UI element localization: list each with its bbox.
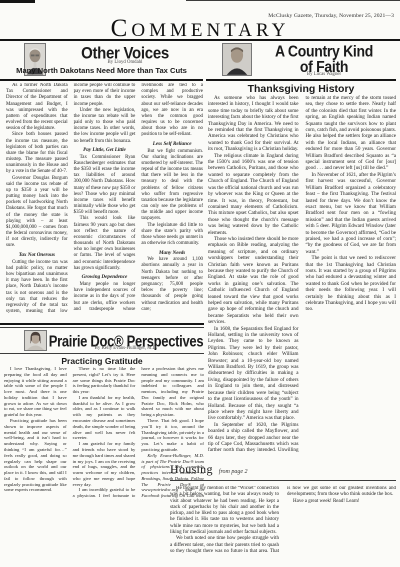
body-paragraph: As a former North Dakota Tax Commissione… (6, 83, 68, 132)
top-left-rule (0, 0, 35, 3)
body-paragraph: I love Thanksgiving. I love preparing th… (4, 366, 67, 418)
body-paragraph: There is no time like the present, right… (73, 366, 136, 395)
rule-under-other-voices (0, 79, 203, 81)
housing-body: He thought my mention of the “Wicset” co… (170, 486, 396, 562)
body-paragraph: Governor Douglas Burgum said the income … (6, 176, 68, 250)
country-faith-byline: By Lucas Wagner (254, 72, 394, 77)
column-subhead: Growing Dependence (74, 274, 136, 280)
prairie-doc-top-rule-thick (0, 323, 204, 325)
body-paragraph: Since both houses passed the income tax … (6, 132, 68, 175)
body-paragraph: In November of 1621, after the Pilgrim’s… (306, 172, 397, 255)
other-voices-header: Other Voices By Lloyd Omdahl Many North … (0, 43, 203, 79)
body-paragraph: Under the new legislation, the income ta… (74, 108, 136, 145)
other-voices-body: As a former North Dakota Tax Commissione… (6, 83, 203, 319)
rule-under-prairie-doc-byline (0, 353, 204, 354)
lucas-wagner-portrait (223, 44, 251, 75)
housing-continued-label: from page 2 (219, 469, 248, 475)
body-paragraph: But we fight communism. Our sharing incl… (141, 149, 203, 223)
newspaper-commentary-page: McClusky Gazette, Thursday, November 25,… (0, 0, 400, 567)
body-paragraph: Practicing gratitude has been shown to i… (4, 418, 67, 493)
prairie-doc-top-rule-thin (0, 327, 204, 328)
rule-under-title (0, 39, 400, 41)
body-paragraph: This would look like fairness 90 years a… (74, 216, 136, 272)
body-paragraph: He thought my mention of the “Wicset” co… (170, 486, 279, 536)
body-paragraph: The religious climate in England during … (208, 153, 299, 236)
kelly-evans-hullinger-photo (24, 330, 47, 351)
body-paragraph: The point is that we need to rediscover … (306, 255, 397, 313)
body-paragraph: There. That felt good. I hope you’ll try… (141, 418, 204, 453)
country-faith-header: A Country Kind of Faith By Lucas Wagner (206, 43, 396, 79)
lucas-wagner-photo (222, 43, 252, 76)
country-faith-title-line1: A Country Kind (254, 43, 394, 59)
prairie-doc-header: Prairie Doc® Perspectives By Kelly Evans… (0, 330, 204, 353)
body-paragraph: In 1608, the Separatists fled England fo… (208, 326, 299, 422)
body-paragraph: The legislature did little to share the … (141, 223, 203, 248)
prairie-doc-byline: By Kelly Evans-Hullinger, M.D. (48, 346, 204, 351)
country-faith-headline: Thanksgiving History (206, 83, 396, 95)
country-faith-body: As someone who has always been intereste… (208, 95, 396, 456)
top-right-rule (186, 0, 400, 1)
page-title-rest: OMMENTARY (131, 20, 289, 41)
other-voices-subhead: Many North Dakotans Need More than Tax C… (0, 66, 203, 75)
housing-jump-header: Housingfrom page 2 (170, 460, 396, 478)
prairie-doc-headline: Practicing Gratitude (0, 356, 204, 366)
rule-under-housing-header (170, 480, 396, 481)
column-subhead: Less Self Reliance (141, 141, 203, 147)
body-paragraph: As someone who has always been intereste… (208, 95, 299, 153)
body-paragraph: Those who insisted there should be more … (208, 236, 299, 326)
column-subhead: Pay Little, Get Little (74, 147, 136, 153)
page-title-initial: C (111, 15, 132, 42)
column-subhead: Many Needs (141, 250, 203, 256)
body-paragraph: I am thankful for my health, thankful to… (73, 395, 136, 441)
kelly-evans-hullinger-portrait (25, 331, 46, 350)
body-paragraph: Tax Commissioner Ryan Rauschenberger est… (74, 155, 136, 217)
rule-under-country-faith (206, 79, 396, 81)
housing-title: Housing (170, 462, 213, 476)
country-faith-title: A Country Kind of Faith (254, 43, 394, 74)
column-subhead: Tax Not Onerous (6, 252, 68, 258)
body-paragraph: Have a great week! Read! Learn! (287, 499, 396, 505)
body-paragraph: I am grateful for my family and friends … (73, 441, 136, 487)
body-paragraph: We have around 1,100 abortions annually … (141, 257, 203, 313)
other-voices-byline: By Lloyd Omdahl (50, 60, 200, 65)
